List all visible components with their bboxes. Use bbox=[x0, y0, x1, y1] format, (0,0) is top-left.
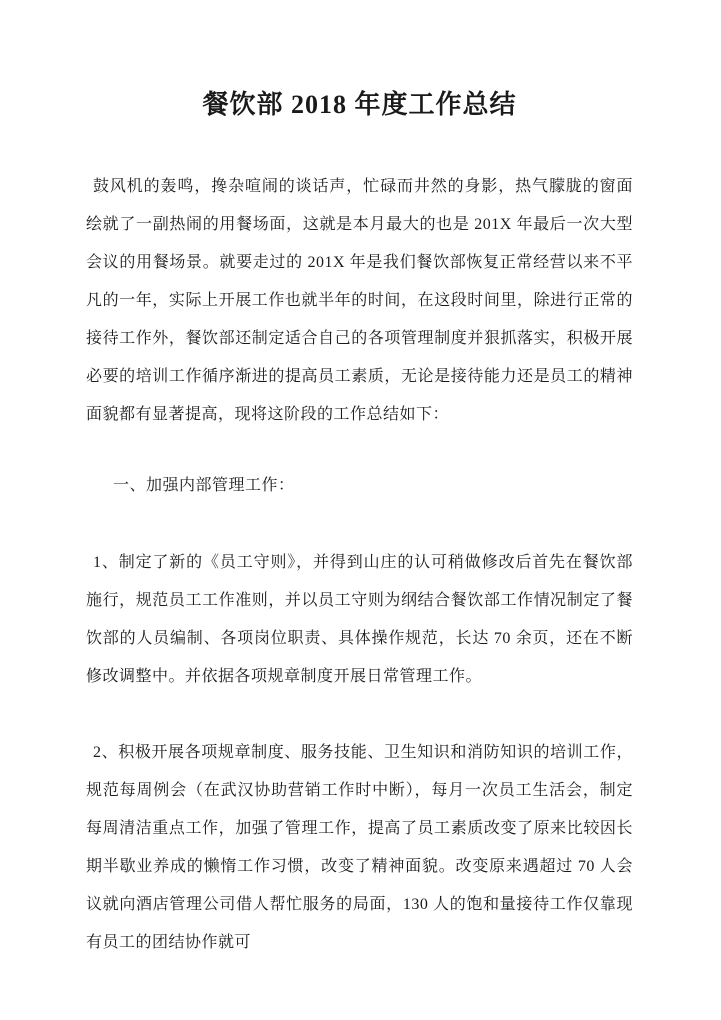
section-heading-internal-management: 一、加强内部管理工作： bbox=[86, 467, 633, 505]
paragraph-item-2-training: 2、积极开展各项规章制度、服务技能、卫生知识和消防知识的培训工作，规范每周例会（… bbox=[86, 734, 633, 962]
paragraph-intro: 鼓风机的轰鸣，搀杂喧闹的谈话声，忙碌而井然的身影，热气朦胧的窗面绘就了一副热闹的… bbox=[86, 168, 633, 434]
document-title: 餐饮部 2018 年度工作总结 bbox=[86, 88, 633, 122]
paragraph-item-1-staff-rules: 1、制定了新的《员工守则》，并得到山庄的认可稍做修改后首先在餐饮部施行，规范员工… bbox=[86, 544, 633, 696]
document-page: 餐饮部 2018 年度工作总结 鼓风机的轰鸣，搀杂喧闹的谈话声，忙碌而井然的身影… bbox=[0, 0, 721, 1020]
